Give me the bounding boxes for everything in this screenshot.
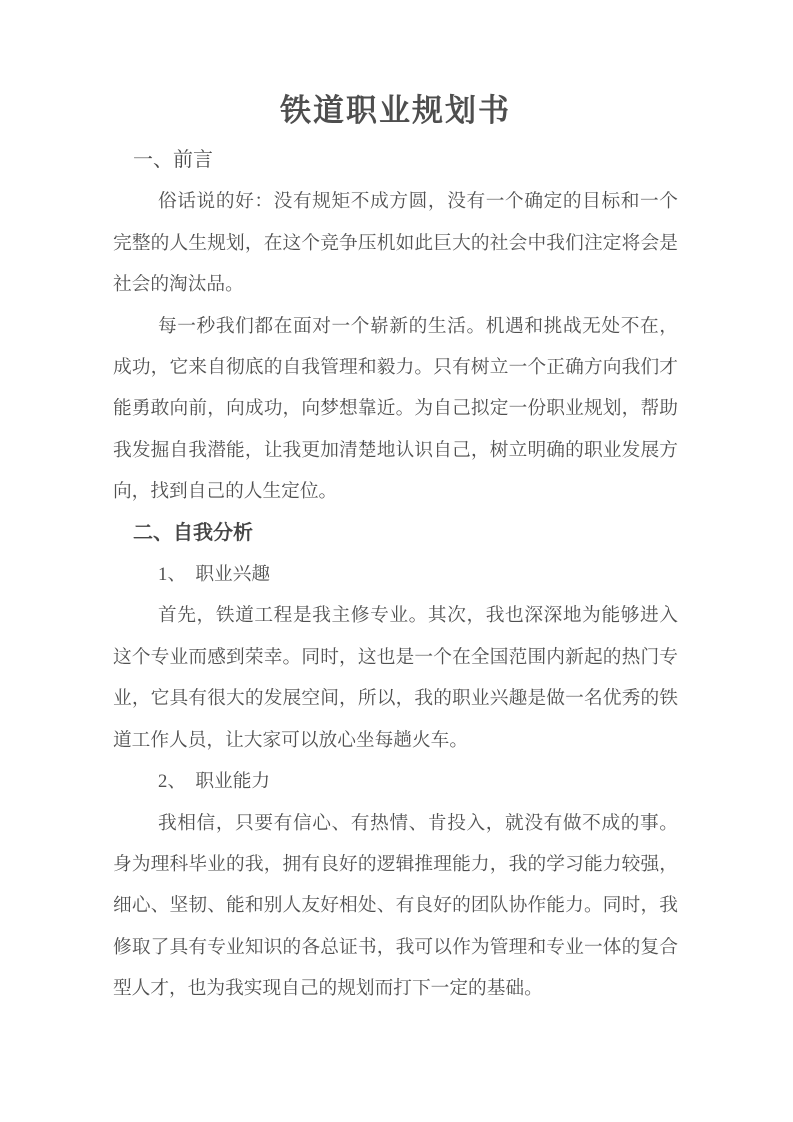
document-title: 铁道职业规划书 — [113, 90, 678, 132]
paragraph-preface-2: 每一秒我们都在面对一个崭新的生活。机遇和挑战无处不在，成功，它来自彻底的自我管理… — [113, 306, 678, 513]
section-heading-preface: 一、前言 — [133, 140, 678, 181]
section-heading-self-analysis: 二、自我分析 — [133, 513, 678, 554]
subsection-heading-career-interest: 1、 职业兴趣 — [158, 554, 678, 595]
document-content: 铁道职业规划书 一、前言 俗话说的好：没有规矩不成方圆，没有一个确定的目标和一个… — [113, 0, 678, 1010]
paragraph-career-ability: 我相信，只要有信心、有热情、肯投入，就没有做不成的事。身为理科毕业的我，拥有良好… — [113, 803, 678, 1010]
paragraph-career-interest: 首先，铁道工程是我主修专业。其次，我也深深地为能够进入这个专业而感到荣幸。同时，… — [113, 595, 678, 761]
document-page: 铁道职业规划书 一、前言 俗话说的好：没有规矩不成方圆，没有一个确定的目标和一个… — [0, 0, 793, 1122]
subsection-heading-career-ability: 2、 职业能力 — [158, 761, 678, 802]
paragraph-preface-1: 俗话说的好：没有规矩不成方圆，没有一个确定的目标和一个完整的人生规划，在这个竞争… — [113, 181, 678, 305]
